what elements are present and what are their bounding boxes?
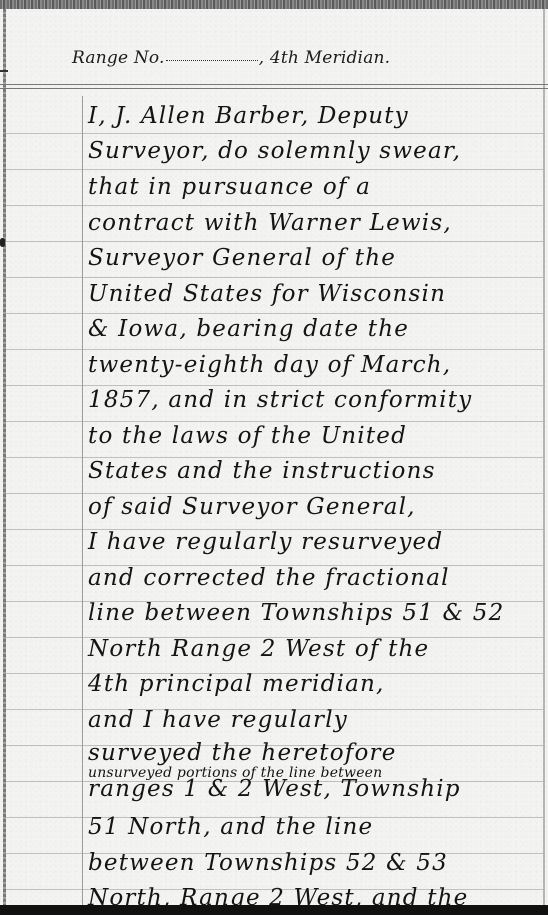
text-line: 1857, and in strict conformity — [88, 387, 472, 413]
page-top-edge — [0, 0, 548, 9]
page-header: Range No., 4th Meridian. — [72, 48, 390, 68]
ruled-line — [6, 205, 543, 206]
text-line: North Range 2 West of the — [88, 636, 429, 662]
survey-notes-page: Range No., 4th Meridian. I, J. Allen Bar… — [0, 0, 548, 915]
text-line: twenty-eighth day of March, — [88, 352, 451, 378]
text-line: contract with Warner Lewis, — [88, 210, 452, 236]
range-number-blank — [166, 60, 258, 61]
ruled-line — [6, 277, 543, 278]
text-line: surveyed the heretofore — [88, 740, 397, 766]
ruled-line — [6, 349, 543, 350]
right-edge-line — [543, 9, 545, 905]
text-line: 51 North, and the line — [88, 814, 373, 840]
meridian-label: , 4th Meridian. — [259, 48, 391, 68]
ruled-line — [6, 385, 543, 386]
ruled-line — [6, 241, 543, 242]
page-bottom-edge — [0, 905, 548, 915]
header-double-rule — [0, 84, 548, 89]
binding-mark — [0, 70, 8, 72]
text-line: Surveyor, do solemnly swear, — [88, 138, 461, 164]
ruled-line — [6, 169, 543, 170]
text-line: to the laws of the United — [88, 423, 407, 449]
text-line: United States for Wisconsin — [88, 281, 446, 307]
text-line: and corrected the fractional — [88, 565, 450, 591]
text-line: 4th principal meridian, — [88, 671, 385, 697]
text-line: I, J. Allen Barber, Deputy — [88, 103, 409, 129]
ink-blot — [0, 238, 5, 247]
text-line: that in pursuance of a — [88, 174, 371, 200]
range-label: Range No. — [72, 48, 165, 68]
text-line: between Townships 52 & 53 — [88, 850, 448, 876]
text-line: & Iowa, bearing date the — [88, 316, 409, 342]
text-line: I have regularly resurveyed — [88, 529, 443, 555]
text-line: of said Surveyor General, — [88, 494, 416, 520]
ruled-line — [6, 133, 543, 134]
text-line: Surveyor General of the — [88, 245, 396, 271]
text-line: States and the instructions — [88, 458, 436, 484]
margin-line — [82, 96, 83, 905]
text-line: line between Townships 51 & 52 — [88, 600, 504, 626]
ruled-line — [6, 421, 543, 422]
text-line: and I have regularly — [88, 707, 348, 733]
text-line: ranges 1 & 2 West, Township — [88, 776, 461, 802]
ruled-line — [6, 313, 543, 314]
